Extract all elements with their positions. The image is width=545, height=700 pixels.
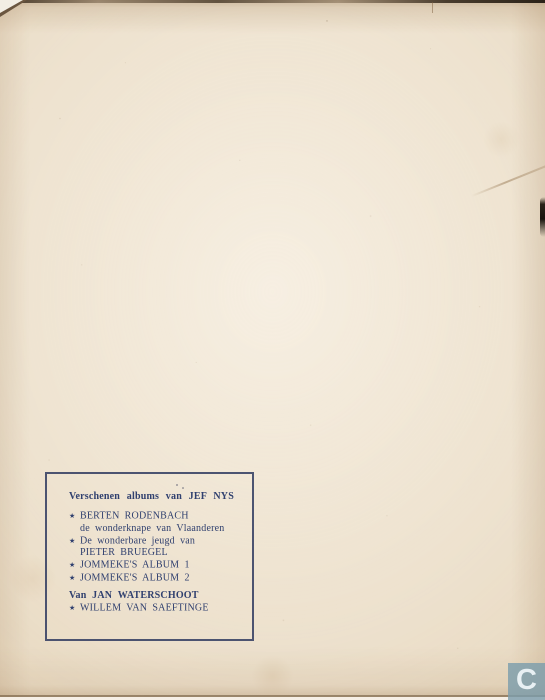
paper-scratch — [432, 2, 433, 13]
published-albums-box: Verschenen albums van JEF NYS ★BERTEN RO… — [45, 472, 254, 641]
albums-heading: Verschenen albums van JEF NYS — [69, 491, 242, 503]
author-subheading: Van JAN WATERSCHOOT — [69, 590, 242, 602]
star-bullet-icon: ★ — [69, 535, 80, 547]
scanned-back-cover: Verschenen albums van JEF NYS ★BERTEN RO… — [0, 0, 545, 700]
paper-top-edge-shadow — [0, 0, 545, 3]
album-item: ★De wonderbare jeugd van — [69, 535, 242, 548]
album-item: ★BERTEN RODENBACH — [69, 510, 242, 523]
album-item: ★JOMMEKE'S ALBUM 1 — [69, 559, 242, 572]
album-subtitle: de wonderknape van Vlaanderen — [69, 523, 242, 535]
c-logo-letter: C — [516, 666, 537, 695]
star-bullet-icon: ★ — [69, 602, 80, 614]
album-item: ★WILLEM VAN SAEFTINGE — [69, 602, 242, 615]
album-title: BERTEN RODENBACH — [80, 511, 189, 522]
c-logo-watermark: C — [508, 663, 545, 700]
album-subtitle: PIETER BRUEGEL — [69, 547, 242, 559]
album-title: JOMMEKE'S ALBUM 2 — [80, 572, 190, 583]
album-title: WILLEM VAN SAEFTINGE — [80, 603, 209, 614]
paper-edge-tear — [540, 197, 545, 237]
album-title: De wonderbare jeugd van — [80, 535, 195, 546]
star-bullet-icon: ★ — [69, 559, 80, 571]
star-bullet-icon: ★ — [69, 572, 80, 584]
star-bullet-icon: ★ — [69, 510, 80, 522]
album-title: JOMMEKE'S ALBUM 1 — [80, 560, 190, 571]
album-item: ★JOMMEKE'S ALBUM 2 — [69, 572, 242, 585]
